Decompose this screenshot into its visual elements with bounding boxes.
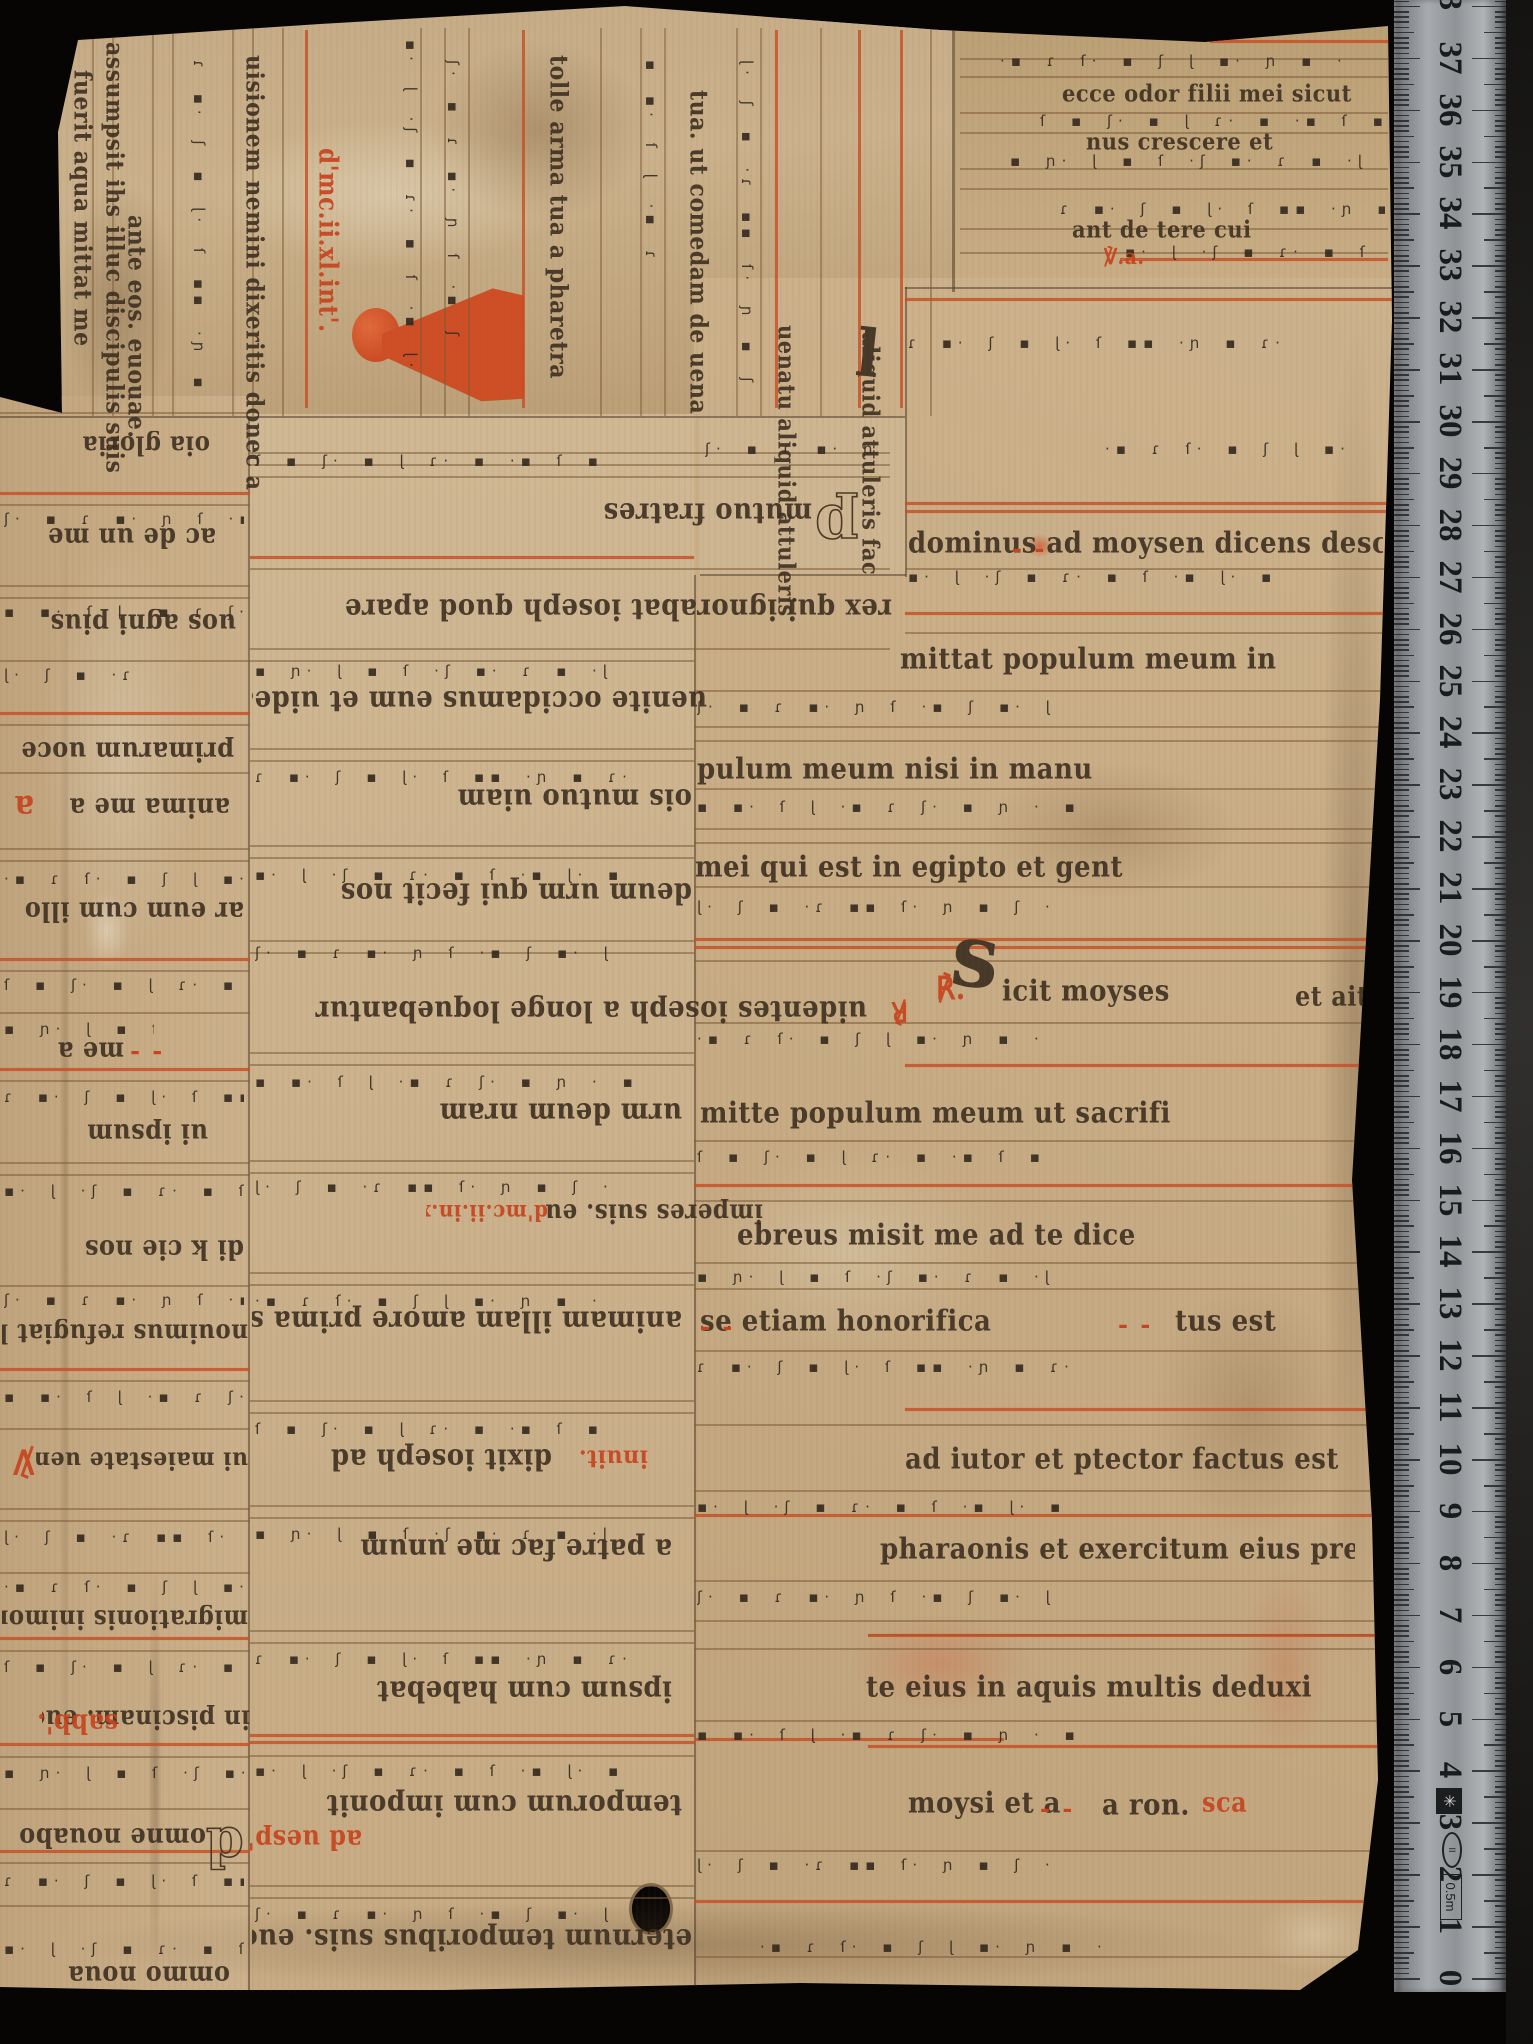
ruler-tick — [1495, 411, 1506, 413]
stave-line — [250, 1400, 694, 1402]
ruler-tick — [1495, 1599, 1506, 1601]
ruler-tick — [1484, 32, 1506, 34]
text-d9: animam illam amore prima solam a — [252, 1304, 682, 1336]
neume-row: ɭ· ʃ ▪ ·ɾ ▪▪ ſ· ɲ ▪ ʃ · — [4, 1528, 244, 1546]
ruler-tick — [1495, 1625, 1506, 1627]
ruler-number: 10 — [1430, 1431, 1470, 1487]
ruler-number: 25 — [1430, 653, 1470, 709]
ruler-tick — [1495, 1547, 1506, 1549]
ruler-tick — [1495, 1428, 1506, 1430]
ruler-tick — [1495, 151, 1506, 153]
ruler-tick — [1472, 1303, 1506, 1305]
ruler-number: 33 — [1430, 237, 1470, 293]
ruler-tick — [1472, 58, 1506, 60]
neume-row: ʃ· ▪ ɾ ▪· ɲ ſ ·▪ ʃ ▪· ɭ — [697, 698, 1337, 716]
ruler-tick — [1495, 1687, 1506, 1689]
text-d5: deum urm qui fecit nos — [252, 876, 692, 908]
ruler-tick — [1472, 1459, 1506, 1461]
ruler-tick — [1495, 1833, 1506, 1835]
ruler-tick — [1394, 1656, 1409, 1658]
ruler-tick — [1495, 1936, 1506, 1938]
ruler-tick — [1394, 847, 1409, 849]
ruler-tick — [1394, 1215, 1409, 1217]
ruler-tick — [1394, 421, 1420, 423]
stave-line — [694, 946, 1392, 949]
ruler-tick — [1495, 328, 1506, 330]
ruler-tick — [1394, 1874, 1420, 1876]
ruler-tick — [1394, 442, 1409, 444]
stave-line — [0, 492, 250, 495]
ruler-number: 34 — [1430, 185, 1470, 241]
ruler-tick — [1394, 302, 1409, 304]
ruler-tick — [1394, 84, 1414, 86]
ruler-tick — [1394, 1641, 1414, 1643]
ruler-tick — [1394, 914, 1414, 916]
ruler-tick — [1394, 1610, 1409, 1612]
ruler-tick — [1394, 1625, 1409, 1627]
stave-line — [0, 660, 250, 662]
stave-line — [905, 632, 1392, 634]
ruler-tick — [1394, 655, 1414, 657]
ruler-tick — [1394, 904, 1409, 906]
ruler-tick — [1495, 1532, 1506, 1534]
ruler-tick — [1495, 120, 1506, 122]
ruler-tick — [1394, 1729, 1409, 1731]
stave-line — [694, 1490, 1392, 1492]
ruler-tick — [1394, 644, 1409, 646]
ruler-tick — [1495, 390, 1506, 392]
stave-line — [905, 1408, 1392, 1411]
stave-line — [0, 504, 250, 506]
ruler-tick — [1495, 1194, 1506, 1196]
ruler-tick — [1394, 234, 1409, 236]
ruler-tick — [1394, 1843, 1409, 1845]
stave-line — [250, 556, 694, 559]
stave-line — [468, 28, 470, 416]
ruler-tick — [1394, 919, 1409, 921]
text-e8a: se etiam honorifica — [700, 1306, 1120, 1338]
ruler-tick — [1394, 42, 1409, 44]
ruler-tick — [1394, 997, 1409, 999]
ruler-tick — [1495, 1168, 1506, 1170]
red-dash-run: ‑ ‑ — [128, 1040, 162, 1069]
ruler-tick — [1495, 1272, 1506, 1274]
stave-line — [250, 1064, 694, 1066]
ruler-tick — [1495, 909, 1506, 911]
ruler-tick — [1394, 1065, 1409, 1067]
ruler-tick — [1495, 89, 1506, 91]
ruler-tick — [1394, 1765, 1409, 1767]
ruler-tick — [1495, 1843, 1506, 1845]
ruler-tick — [1495, 1635, 1506, 1637]
text-e8b: tus est — [1175, 1306, 1305, 1338]
ruler-oval-logo-icon: II — [1442, 1832, 1462, 1868]
ruler-tick — [1394, 94, 1409, 96]
text-c13: omne nouabo — [18, 1822, 206, 1852]
ruler-tick — [1495, 224, 1506, 226]
ruler-tick — [1394, 1246, 1409, 1248]
ruler-tick — [1495, 1262, 1506, 1264]
ruler-tick — [1472, 1511, 1506, 1513]
ruler-tick — [1394, 1526, 1409, 1528]
ruler-tick — [1495, 1905, 1506, 1907]
ruler-tick — [1394, 815, 1409, 817]
stave-line — [694, 1956, 1392, 1958]
ruler-tick — [1394, 1661, 1409, 1663]
ruler-tick — [1394, 743, 1409, 745]
ruler-tick — [1394, 1350, 1409, 1352]
ruler-tick — [1394, 1189, 1409, 1191]
ruler-number: 19 — [1430, 964, 1470, 1020]
ruler-tick — [1394, 1703, 1409, 1705]
ruler-tick — [1495, 1116, 1506, 1118]
ruler-tick — [1495, 1350, 1506, 1352]
ruler-tick — [1394, 1615, 1420, 1617]
ruler-tick — [1394, 691, 1409, 693]
stave-line — [0, 1162, 250, 1164]
text-d8: imperes suis. euouae. — [545, 1198, 763, 1226]
ruler-tick — [1394, 265, 1420, 267]
ruler-tick — [1394, 852, 1409, 854]
ruler-tick — [1495, 1371, 1506, 1373]
ruler-tick — [1495, 701, 1506, 703]
ruler-tick — [1495, 208, 1506, 210]
ruler-tick — [1495, 47, 1506, 49]
ruler-tick — [1394, 800, 1409, 802]
ruler-tick — [1394, 68, 1409, 70]
ruler-tick — [1394, 208, 1409, 210]
ruler-tick — [1495, 727, 1506, 729]
ruler-tick — [1472, 369, 1506, 371]
ruler-tick — [1472, 1251, 1506, 1253]
neume-row: ▪ ɲ· ɭ ▪ ſ ·ʃ ▪· ɾ ▪ ·ɭ — [1010, 152, 1385, 170]
text-c9: nouimus refugiat huius — [2, 1318, 248, 1346]
ruler-tick — [1394, 1724, 1409, 1726]
stave-line — [250, 1897, 694, 1899]
ruler-tick — [1394, 1822, 1420, 1824]
ruler-tick — [1495, 764, 1506, 766]
ruler-tick — [1472, 836, 1506, 838]
ruler-tick — [1394, 1485, 1414, 1487]
text-c4_init: a — [8, 788, 34, 825]
ruler-tick — [1394, 1885, 1409, 1887]
ruler-tick — [1495, 623, 1506, 625]
ruler-tick — [1394, 603, 1414, 605]
ruler-tick — [1495, 1495, 1506, 1497]
ruler-tick — [1495, 437, 1506, 439]
ruler-tick — [1495, 400, 1506, 402]
ruler-tick — [1394, 110, 1420, 112]
ruler-tick — [1495, 478, 1506, 480]
ruler-tick — [1394, 1449, 1409, 1451]
ruler-tick — [1495, 1817, 1506, 1819]
stave-line — [0, 1080, 250, 1082]
ruler-tick — [1394, 1667, 1420, 1669]
ruler-tick — [1495, 1065, 1506, 1067]
ruler-tick — [1394, 987, 1409, 989]
ruler-tick — [1394, 1205, 1409, 1207]
ruler-tick — [1394, 862, 1414, 864]
neume-row: ▪· ɭ ·ʃ ▪ ɾ· ▪ ſ ·▪ ɭ· ▪ — [4, 1182, 244, 1200]
ruler-conformity-star-icon: ✳ — [1436, 1788, 1462, 1814]
ruler-tick — [1495, 68, 1506, 70]
ruler-tick — [1394, 805, 1409, 807]
ruler-tick — [1495, 1651, 1506, 1653]
ruler-tick — [1484, 1952, 1506, 1954]
text-c14: ommo noua — [30, 1960, 230, 1990]
ruler-tick — [1495, 1163, 1506, 1165]
ruler-tick — [1394, 1236, 1409, 1238]
ruler-tick — [1495, 1568, 1506, 1570]
ruler-tick — [1394, 675, 1409, 677]
ruler-tick — [1394, 551, 1414, 553]
neume-row: ɭ· ʃ ▪ ·ɾ ▪▪ ſ· ɲ ▪ ʃ · — [738, 60, 756, 390]
stave-line — [0, 1743, 250, 1746]
text-t3: ante eos. euouae. — [123, 215, 150, 439]
ruler-tick — [1495, 203, 1506, 205]
stave-line — [694, 1184, 1392, 1187]
ruler-tick — [1394, 1776, 1409, 1778]
ruler-tick — [1495, 982, 1506, 984]
parchment-collage: ɾ ▪· ʃ ▪ ɭ· ſ ▪▪ ·ɲ ▪ ɾ·▪· ɭ ·ʃ ▪ ɾ· ▪ ſ… — [0, 0, 1533, 2044]
stave-line — [250, 1630, 694, 1632]
stave-line — [0, 970, 250, 972]
ruler-tick — [1472, 1926, 1506, 1928]
ruler-tick — [1495, 1552, 1506, 1554]
ruler-number: 20 — [1430, 912, 1470, 968]
ruler-tick — [1495, 743, 1506, 745]
ruler-tick — [1394, 1693, 1414, 1695]
red-dash-run: ‑ ‑ — [1040, 1794, 1074, 1823]
ruler-tick — [1495, 1646, 1506, 1648]
ruler-tick — [1394, 665, 1409, 667]
ruler-tick — [1495, 1895, 1506, 1897]
ruler-tick — [1495, 1132, 1506, 1134]
text-e7: ebreus misit me ad te dice — [737, 1220, 1327, 1252]
ruler-tick — [1394, 1698, 1409, 1700]
ruler-tick — [1394, 478, 1409, 480]
ruler-tick — [1495, 556, 1506, 558]
ruler-tick — [1394, 546, 1409, 548]
ruler-tick — [1484, 1329, 1506, 1331]
stave-line — [250, 648, 890, 650]
ruler-tick — [1484, 603, 1506, 605]
ruler-tick — [1495, 509, 1506, 511]
ruler-tick — [1495, 338, 1506, 340]
ruler-tick — [1495, 250, 1506, 252]
text-t9: uenatu aliquid attuleris — [774, 325, 800, 617]
ruler-tick — [1472, 629, 1506, 631]
ruler-tick — [1495, 177, 1506, 179]
ruler-tick — [1394, 1075, 1409, 1077]
ruler-tick — [1495, 1578, 1506, 1580]
ruler-tick — [1394, 1438, 1409, 1440]
ruler-tick — [1394, 1786, 1409, 1788]
ruler-tick — [1495, 769, 1506, 771]
text-t13: ant de tere cui — [1072, 216, 1372, 242]
stave-line — [250, 748, 694, 750]
ruler-tick — [1394, 37, 1409, 39]
ruler-tick — [1495, 452, 1506, 454]
ruler-tick — [1394, 73, 1409, 75]
ruler-tick — [1394, 322, 1409, 324]
stave-line — [760, 28, 762, 416]
ruler-tick — [1394, 1044, 1420, 1046]
text-e6: mitte populum meum ut sacrifi — [700, 1098, 1380, 1130]
ruler-number: 9 — [1430, 1483, 1470, 1539]
ruler-tick — [1394, 141, 1409, 143]
stave-line — [694, 1200, 1392, 1202]
stave-line — [694, 690, 1392, 692]
ruler-tick — [1394, 1148, 1420, 1150]
stave-line — [820, 28, 822, 416]
ruler-tick — [1495, 1786, 1506, 1788]
ruler-tick — [1495, 1028, 1506, 1030]
ruler-tick — [1394, 1879, 1409, 1881]
ruler-tick — [1495, 961, 1506, 963]
ruler-tick — [1472, 213, 1506, 215]
ruler-tick — [1394, 1744, 1414, 1746]
text-t1: fuerit aqua mittat me — [69, 70, 96, 347]
ruler-number: 30 — [1430, 393, 1470, 449]
ruler-tick — [1484, 1277, 1506, 1279]
ruler-tick — [1394, 99, 1409, 101]
text-t7: tolle arma tua a pharetra — [545, 55, 572, 379]
neume-row: ▪· ɭ ·ʃ ▪ ɾ· ▪ ſ ·▪ ɭ· ▪ — [697, 1498, 1327, 1516]
ruler-tick — [1495, 789, 1506, 791]
text-c8: di k cie nos — [4, 1234, 244, 1264]
ruler-tick — [1495, 779, 1506, 781]
ruler-tick — [1394, 317, 1420, 319]
ruler-tick — [1394, 1116, 1409, 1118]
ruler-tick — [1394, 1225, 1414, 1227]
ruler-tick — [1495, 1054, 1506, 1056]
ruler-tick — [1495, 971, 1506, 973]
ruler-tick — [1495, 281, 1506, 283]
ruler-tick — [1495, 795, 1506, 797]
ruler-tick — [1495, 1584, 1506, 1586]
ruler-tick — [1394, 1267, 1409, 1269]
ruler-tick — [1394, 463, 1409, 465]
stave-line — [694, 788, 1392, 790]
ruler-tick — [1495, 826, 1506, 828]
text-e3: pulum meum nisi in manu — [697, 754, 1257, 786]
stave-line — [0, 1368, 250, 1371]
ruler-tick — [1495, 1802, 1506, 1804]
ruler-tick — [1394, 1283, 1409, 1285]
ruler-tick — [1495, 1968, 1506, 1970]
ruler-tick — [1394, 245, 1409, 247]
ruler-tick — [1394, 1049, 1409, 1051]
ruler-tick — [1495, 156, 1506, 158]
ruler-tick — [1394, 1973, 1409, 1975]
ruler-tick — [1394, 1122, 1414, 1124]
ruler-tick — [1495, 613, 1506, 615]
ruler-tick — [1394, 1054, 1409, 1056]
ruler-tick — [1495, 1931, 1506, 1933]
ruler-tick — [1394, 354, 1409, 356]
neume-row: ·▪ ɾ ſ· ▪ ʃ ɭ ▪· ɲ ▪ · — [1105, 440, 1365, 458]
ruler-tick — [1495, 1298, 1506, 1300]
ruler-tick — [1495, 857, 1506, 859]
ruler-tick — [1472, 265, 1506, 267]
ruler-tick — [1394, 286, 1409, 288]
ruler-tick — [1394, 1905, 1409, 1907]
ruler-tick — [1495, 898, 1506, 900]
ruler-tick — [1394, 681, 1420, 683]
ruler-number: 29 — [1430, 445, 1470, 501]
ruler-number: 15 — [1430, 1172, 1470, 1228]
text-d3: uenite occidamus eum et uideamus — [252, 684, 707, 716]
stave-line — [0, 1520, 250, 1522]
ruler-tick — [1495, 1, 1506, 3]
ruler-tick — [1394, 888, 1420, 890]
ruler-tick — [1394, 1111, 1409, 1113]
stave-line — [1210, 40, 1388, 43]
ruler-tick — [1495, 1236, 1506, 1238]
ruler-tick — [1394, 239, 1414, 241]
ruler-tick — [1394, 483, 1409, 485]
ruler-tick — [1495, 182, 1506, 184]
ruler-tick — [1394, 1324, 1409, 1326]
neume-row: ɾ ▪· ʃ ▪ ɭ· ſ ▪▪ ·ɲ ▪ ɾ· — [255, 1650, 685, 1668]
ruler-tick — [1394, 1417, 1409, 1419]
ruler-tick — [1495, 1210, 1506, 1212]
ruler-tick — [1495, 1506, 1506, 1508]
ruler-tick — [1394, 1314, 1409, 1316]
ruler-tick — [1394, 343, 1414, 345]
stave-line — [694, 1900, 1392, 1903]
ruler-tick — [1472, 1667, 1506, 1669]
ruler-tick — [1394, 1158, 1409, 1160]
initial-outlined-p: p — [815, 496, 858, 558]
ruler-tick — [1495, 1417, 1506, 1419]
stave-line — [905, 510, 1392, 513]
ruler-tick — [1495, 1838, 1506, 1840]
ruler-tick — [1495, 649, 1506, 651]
ruler-tick — [1394, 1838, 1409, 1840]
ruler-tick — [1394, 831, 1409, 833]
ruler-tick — [1394, 1931, 1409, 1933]
ruler-tick — [1495, 1542, 1506, 1544]
ruler-tick — [1472, 421, 1506, 423]
ruler-tick — [1495, 997, 1506, 999]
stave-line — [694, 1620, 1392, 1622]
ruler-tick — [1495, 1656, 1506, 1658]
ruler-tick — [1394, 1459, 1420, 1461]
ruler-tick — [1495, 1376, 1506, 1378]
ruler-tick — [1495, 172, 1506, 174]
text-e1: dominus ad moysen dicens descen — [908, 528, 1383, 560]
ruler-tick — [1495, 1526, 1506, 1528]
ruler-tick — [1495, 665, 1506, 667]
ruler-tick — [1394, 1039, 1409, 1041]
neume-row: ▪· ɭ ·ʃ ▪ ɾ· ▪ ſ ·▪ ɭ· ▪ — [4, 1940, 244, 1958]
ruler-tick — [1495, 333, 1506, 335]
ruler-tick — [1495, 488, 1506, 490]
ruler-tick — [1394, 1288, 1409, 1290]
ruler-tick — [1394, 1853, 1409, 1855]
ruler-tick — [1394, 1719, 1420, 1721]
neume-row: ɾ ▪· ʃ ▪ ɭ· ſ ▪▪ ·ɲ ▪ ɾ· — [697, 1358, 1337, 1376]
ruler-tick — [1394, 587, 1409, 589]
ruler-tick — [1394, 893, 1409, 895]
ruler-tick — [1495, 416, 1506, 418]
ruler-tick — [1495, 63, 1506, 65]
stave-line — [960, 188, 1388, 190]
ruler-tick — [1495, 945, 1506, 947]
ruler-tick — [1495, 722, 1506, 724]
